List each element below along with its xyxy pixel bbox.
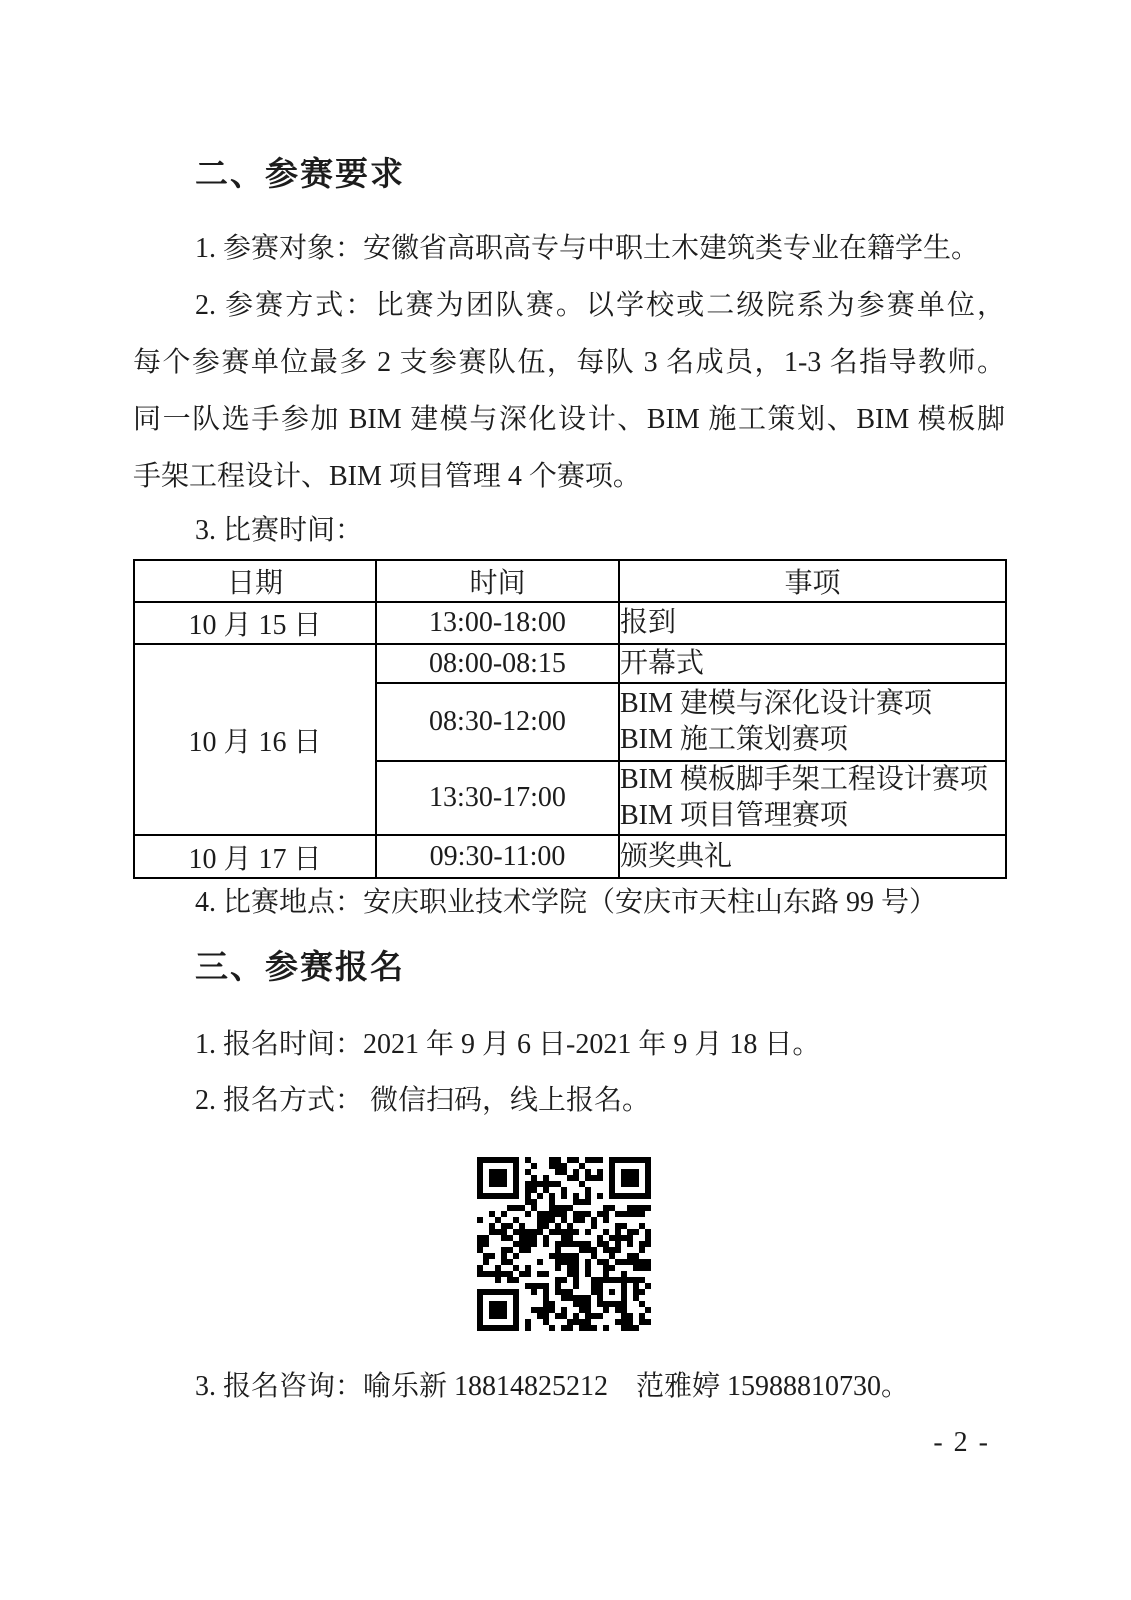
table-cell-event: 开幕式 bbox=[619, 644, 1006, 683]
paragraph-format: 2. 参赛方式：比赛为团队赛。以学校或二级院系为参赛单位， 每个参赛单位最多 2… bbox=[133, 277, 1005, 505]
table-cell-time: 08:00-08:15 bbox=[376, 644, 619, 683]
section-heading-registration: 三、参赛报名 bbox=[133, 945, 1067, 989]
paragraph-format-line4: 手架工程设计、BIM 项目管理 4 个赛项。 bbox=[133, 448, 1005, 505]
paragraph-format-line2: 每个参赛单位最多 2 支参赛队伍，每队 3 名成员，1-3 名指导教师。 bbox=[133, 334, 1005, 391]
table-row: 10 月 15 日 13:00-18:00 报到 bbox=[134, 602, 1006, 644]
paragraph-format-line1: 2. 参赛方式：比赛为团队赛。以学校或二级院系为参赛单位， bbox=[133, 277, 1005, 334]
schedule-table: 日期 时间 事项 10 月 15 日 13:00-18:00 报到 10 月 1… bbox=[133, 559, 1007, 879]
paragraph-location: 4. 比赛地点：安庆职业技术学院（安庆市天柱山东路 99 号） bbox=[133, 874, 1005, 931]
paragraph-registration-method: 2. 报名方式： 微信扫码，线上报名。 bbox=[133, 1072, 1005, 1129]
table-cell-time: 13:00-18:00 bbox=[376, 602, 619, 644]
section-heading-requirements: 二、参赛要求 bbox=[133, 152, 1067, 196]
table-cell-event: BIM 建模与深化设计赛项 BIM 施工策划赛项 bbox=[619, 683, 1006, 761]
table-cell-event: 颁奖典礼 bbox=[619, 835, 1006, 878]
table-cell-time: 13:30-17:00 bbox=[376, 761, 619, 835]
table-cell-time: 08:30-12:00 bbox=[376, 683, 619, 761]
table-cell-event: BIM 模板脚手架工程设计赛项 BIM 项目管理赛项 bbox=[619, 761, 1006, 835]
table-cell-date: 10 月 17 日 bbox=[134, 835, 376, 878]
table-cell-time: 09:30-11:00 bbox=[376, 835, 619, 878]
page-number: - 2 - bbox=[933, 1427, 990, 1459]
paragraph-schedule-label: 3. 比赛时间： bbox=[133, 502, 1005, 559]
table-row: 10 月 17 日 09:30-11:00 颁奖典礼 bbox=[134, 835, 1006, 878]
table-header-row: 日期 时间 事项 bbox=[134, 560, 1006, 602]
table-cell-date: 10 月 15 日 bbox=[134, 602, 376, 644]
paragraph-registration-contact: 3. 报名咨询：喻乐新 18814825212 范雅婷 15988810730。 bbox=[133, 1358, 1005, 1415]
document-page: 二、参赛要求 1. 参赛对象：安徽省高职高专与中职土木建筑类专业在籍学生。 2.… bbox=[0, 0, 1131, 1600]
table-header-date: 日期 bbox=[134, 560, 376, 602]
table-cell-date-merged: 10 月 16 日 bbox=[134, 644, 376, 835]
paragraph-participants: 1. 参赛对象：安徽省高职高专与中职土木建筑类专业在籍学生。 bbox=[133, 220, 1005, 277]
table-row: 10 月 16 日 08:00-08:15 开幕式 bbox=[134, 644, 1006, 683]
table-cell-event: 报到 bbox=[619, 602, 1006, 644]
paragraph-registration-time: 1. 报名时间：2021 年 9 月 6 日-2021 年 9 月 18 日。 bbox=[133, 1016, 1005, 1073]
table-header-event: 事项 bbox=[619, 560, 1006, 602]
paragraph-format-line3: 同一队选手参加 BIM 建模与深化设计、BIM 施工策划、BIM 模板脚 bbox=[133, 391, 1005, 448]
qr-code-image bbox=[477, 1157, 651, 1331]
table-header-time: 时间 bbox=[376, 560, 619, 602]
